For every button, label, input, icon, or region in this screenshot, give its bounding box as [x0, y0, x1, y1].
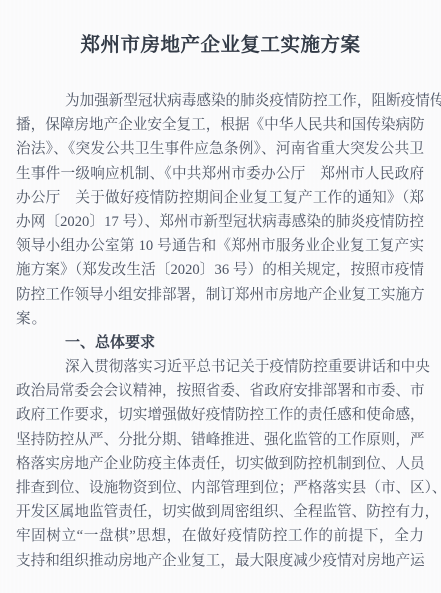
- intro-paragraph-line: 案。: [16, 307, 424, 331]
- intro-paragraph-line: 防控工作领导小组安排部署，制订郑州市房地产企业复工实施方: [16, 283, 424, 307]
- section-paragraph-line: 坚持防控从严、分批分期、错峰推进、强化监管的工作原则，严: [16, 428, 424, 452]
- intro-paragraph-line: 办网〔2020〕17 号）、郑州市新型冠状病毒感染的肺炎疫情防控: [16, 210, 424, 234]
- intro-paragraph-line: 办公厅 关于做好疫情防控期间企业复工复产工作的通知》（郑: [16, 186, 424, 210]
- document-title: 郑州市房地产企业复工实施方案: [0, 29, 441, 57]
- section-paragraph-line: 政治局常委会会议精神，按照省委、省政府安排部署和市委、市: [16, 379, 424, 403]
- intro-paragraph-line: 施方案》（郑发改生活〔2020〕36 号）的相关规定，按照市疫情: [16, 258, 424, 282]
- section-paragraph-line: 格落实房地产企业防疫主体责任，切实做到防控机制到位、人员: [16, 452, 424, 476]
- section-paragraph-line: 开发区属地监管责任，切实做到周密组织、全程监管、防控有力，: [16, 500, 424, 524]
- intro-paragraph-line: 生事件一级响应机制、《中共郑州市委办公厅 郑州市人民政府: [16, 162, 424, 186]
- section-paragraph-line: 牢固树立“一盘棋”思想，在做好疫情防控工作的前提下，全力: [16, 524, 424, 548]
- document-page: 郑州市房地产企业复工实施方案 为加强新型冠状病毒感染的肺炎疫情防控工作，阻断疫情…: [0, 0, 441, 593]
- intro-paragraph-line: 治法》、《突发公共卫生事件应急条例》、河南省重大突发公共卫: [16, 137, 424, 161]
- section-paragraph-line: 政府工作要求，切实增强做好疫情防控工作的责任感和使命感，: [16, 403, 424, 427]
- section-paragraph-line: 排查到位、设施物资到位、内部管理到位；严格落实县（市、区）、: [16, 476, 424, 500]
- intro-paragraph-line: 播，保障房地产企业安全复工，根据《中华人民共和国传染病防: [16, 113, 424, 137]
- section-heading: 一、总体要求: [16, 331, 424, 355]
- intro-paragraph-line: 领导小组办公室第 10 号通告和《郑州市服务业企业复工复产实: [16, 234, 424, 258]
- section-paragraph-line: 支持和组织推动房地产企业复工，最大限度减少疫情对房地产运: [16, 549, 424, 573]
- document-body: 为加强新型冠状病毒感染的肺炎疫情防控工作，阻断疫情传 播，保障房地产企业安全复工…: [16, 89, 424, 573]
- intro-paragraph-line: 为加强新型冠状病毒感染的肺炎疫情防控工作，阻断疫情传: [16, 89, 424, 113]
- section-paragraph-line: 深入贯彻落实习近平总书记关于疫情防控重要讲话和中央: [16, 355, 424, 379]
